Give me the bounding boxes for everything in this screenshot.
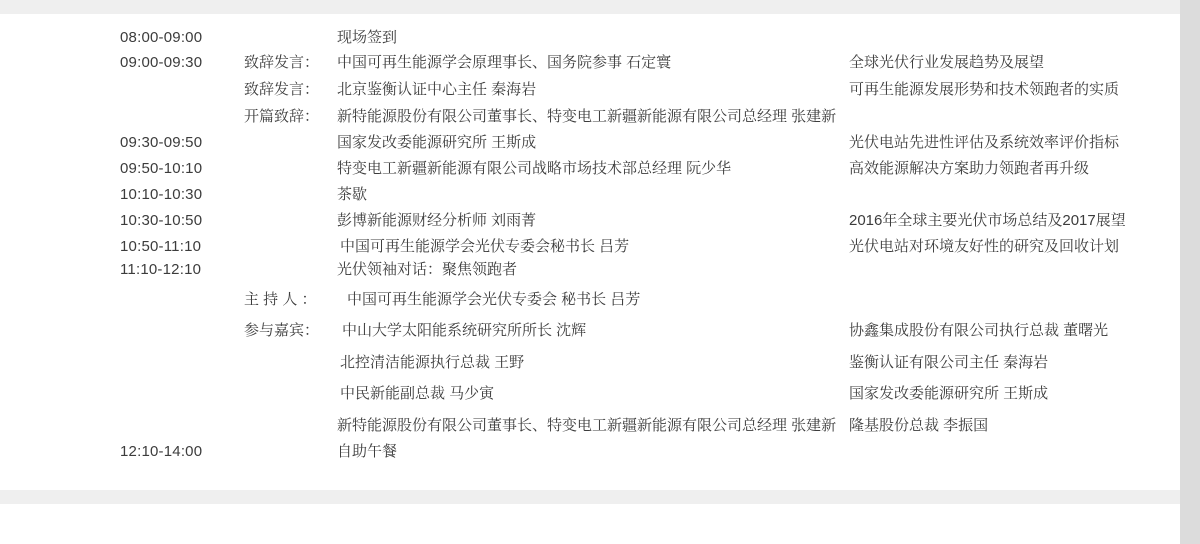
topic-label: 光伏电站先进性评估及系统效率评价指标	[849, 133, 1119, 153]
speaker-label: 新特能源股份有限公司董事长、特变电工新疆新能源有限公司总经理 张建新	[337, 416, 836, 436]
agenda-row: 09:30-09:50 国家发改委能源研究所 王斯成 光伏电站先进性评估及系统效…	[0, 133, 1180, 153]
topic-label: 协鑫集成股份有限公司执行总裁 董曙光	[849, 321, 1108, 341]
agenda-row: 开篇致辞： 新特能源股份有限公司董事长、特变电工新疆新能源有限公司总经理 张建新	[0, 107, 1180, 127]
agenda-row: 主 持 人 ： 中国可再生能源学会光伏专委会 秘书长 吕芳	[0, 290, 1180, 310]
activity-label: 光伏领袖对话：聚焦领跑者	[337, 260, 517, 280]
agenda-row: 北控清洁能源执行总裁 王野 鉴衡认证有限公司主任 秦海岩	[0, 353, 1180, 373]
role-label: 致辞发言：	[244, 53, 319, 73]
speaker-label: 北控清洁能源执行总裁 王野	[340, 353, 524, 373]
time-slot: 10:30-10:50	[120, 211, 202, 231]
topic-label: 隆基股份总裁 李振国	[849, 416, 988, 436]
activity-label: 茶歇	[337, 185, 367, 205]
agenda-row: 10:30-10:50 彭博新能源财经分析师 刘雨菁 2016年全球主要光伏市场…	[0, 211, 1180, 231]
time-slot: 09:50-10:10	[120, 159, 202, 179]
agenda-row: 参与嘉宾： 中山大学太阳能系统研究所所长 沈辉 协鑫集成股份有限公司执行总裁 董…	[0, 321, 1180, 341]
time-slot: 09:00-09:30	[120, 53, 202, 73]
topic-label: 高效能源解决方案助力领跑者再升级	[849, 159, 1089, 179]
speaker-label: 中国可再生能源学会光伏专委会 秘书长 吕芳	[347, 290, 640, 310]
page-right-gutter	[1180, 0, 1200, 544]
speaker-label: 新特能源股份有限公司董事长、特变电工新疆新能源有限公司总经理 张建新	[337, 107, 836, 127]
topic-label: 全球光伏行业发展趋势及展望	[849, 53, 1044, 73]
topic-label: 光伏电站对环境友好性的研究及回收计划	[849, 237, 1119, 257]
time-slot: 10:10-10:30	[120, 185, 202, 205]
speaker-label: 特变电工新疆新能源有限公司战略市场技术部总经理 阮少华	[337, 159, 731, 179]
agenda-row: 致辞发言： 北京鉴衡认证中心主任 秦海岩 可再生能源发展形势和技术领跑者的实质	[0, 80, 1180, 100]
topic-label: 国家发改委能源研究所 王斯成	[849, 384, 1048, 404]
time-slot: 09:30-09:50	[120, 133, 202, 153]
agenda-row: 10:50-11:10 中国可再生能源学会光伏专委会秘书长 吕芳 光伏电站对环境…	[0, 237, 1180, 257]
activity-label: 现场签到	[337, 28, 397, 48]
agenda-row: 12:10-14:00 自助午餐	[0, 442, 1180, 462]
role-label: 致辞发言：	[244, 80, 319, 100]
speaker-label: 中国可再生能源学会光伏专委会秘书长 吕芳	[340, 237, 629, 257]
time-slot: 11:10-12:10	[120, 260, 201, 280]
speaker-label: 中民新能副总裁 马少寅	[340, 384, 494, 404]
role-label: 参与嘉宾：	[244, 321, 319, 341]
topic-label: 2016年全球主要光伏市场总结及2017展望	[849, 211, 1126, 231]
topic-label: 鉴衡认证有限公司主任 秦海岩	[849, 353, 1048, 373]
agenda-row: 新特能源股份有限公司董事长、特变电工新疆新能源有限公司总经理 张建新 隆基股份总…	[0, 416, 1180, 436]
role-label: 主 持 人 ：	[244, 290, 317, 310]
time-slot: 10:50-11:10	[120, 237, 201, 257]
conference-agenda: 08:00-09:00 现场签到 09:00-09:30 致辞发言： 中国可再生…	[0, 0, 1180, 544]
time-slot: 12:10-14:00	[120, 442, 202, 462]
bottom-section-divider	[0, 490, 1180, 504]
agenda-row: 08:00-09:00 现场签到	[0, 28, 1180, 48]
speaker-label: 彭博新能源财经分析师 刘雨菁	[337, 211, 536, 231]
agenda-row: 10:10-10:30 茶歇	[0, 185, 1180, 205]
speaker-label: 中国可再生能源学会原理事长、国务院参事 石定寰	[337, 53, 671, 73]
agenda-row: 09:50-10:10 特变电工新疆新能源有限公司战略市场技术部总经理 阮少华 …	[0, 159, 1180, 179]
agenda-row: 11:10-12:10 光伏领袖对话：聚焦领跑者	[0, 260, 1180, 280]
topic-label: 可再生能源发展形势和技术领跑者的实质	[849, 80, 1119, 100]
role-label: 开篇致辞：	[244, 107, 319, 127]
speaker-label: 北京鉴衡认证中心主任 秦海岩	[337, 80, 536, 100]
time-slot: 08:00-09:00	[120, 28, 202, 48]
speaker-label: 国家发改委能源研究所 王斯成	[337, 133, 536, 153]
speaker-label: 中山大学太阳能系统研究所所长 沈辉	[342, 321, 586, 341]
agenda-row: 09:00-09:30 致辞发言： 中国可再生能源学会原理事长、国务院参事 石定…	[0, 53, 1180, 73]
agenda-row: 中民新能副总裁 马少寅 国家发改委能源研究所 王斯成	[0, 384, 1180, 404]
activity-label: 自助午餐	[337, 442, 397, 462]
